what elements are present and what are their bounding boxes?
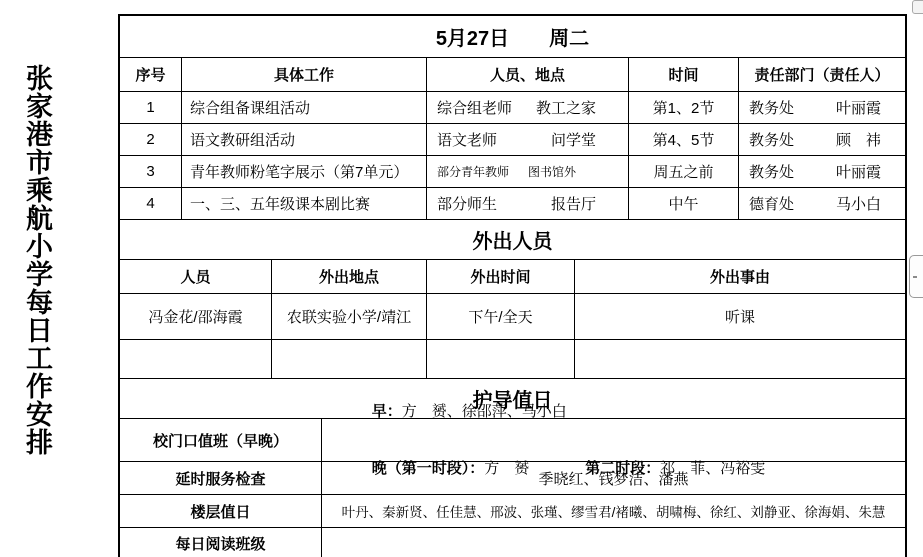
col-header-time: 时间 [629,58,739,91]
row-dept-person: 教务处 叶丽霞 [739,156,905,187]
row-people-place: 语文老师 问学堂 [427,124,629,155]
table-row: 4 一、三、五年级课本剧比赛 部分师生 报告厅 中午 德育处 马小白 [120,188,905,220]
floor-duty-names: 叶丹、秦新贤、任佳慧、邢波、张瑾、缪雪君/褚曦、胡啸梅、徐红、刘静亚、徐海娟、朱… [322,495,905,527]
vertical-page-title: 张家港市乘航小学每日工作安排 [18,64,57,459]
row-time: 周五之前 [629,156,739,187]
col-header-no: 序号 [120,58,182,91]
row-who: 综合组老师 [437,97,512,118]
row-person: 叶丽霞 [836,97,881,118]
row-no: 1 [120,92,182,123]
row-where: 问学堂 [551,129,596,150]
row-where: 图书馆外 [528,163,576,180]
row-people-place: 综合组老师 教工之家 [427,92,629,123]
col-header-people-place: 人员、地点 [427,58,629,91]
row-people-place: 部分青年教师 图书馆外 [427,156,629,187]
outing-place [272,340,427,378]
daily-schedule-sheet: 5月27日 周二 序号 具体工作 人员、地点 时间 责任部门（责任人） 1 综合… [118,14,907,557]
gate-duty-label: 校门口值班（早晚） [120,419,322,461]
delay-check-row: 延时服务检查 季晓红、钱梦洁、潘燕 [120,462,905,495]
outing-who: 冯金花/邵海霞 [120,294,272,339]
daily-reading-label: 每日阅读班级 [120,528,322,557]
col-header-task: 具体工作 [182,58,427,91]
outing-time [427,340,575,378]
gate-duty-row: 校门口值班（早晚） 早：方 赟、徐邵萍、马小白 晚（第一时段）：方 赟第二时段：… [120,419,905,462]
table-row: 冯金花/邵海霞 农联实验小学/靖江 下午/全天 听课 [120,294,905,340]
row-time: 第1、2节 [629,92,739,123]
row-dept-person: 教务处 顾 祎 [739,124,905,155]
outing-table-header: 人员 外出地点 外出时间 外出事由 [120,260,905,294]
delay-check-label: 延时服务检查 [120,462,322,494]
row-no: 4 [120,188,182,219]
document-page: 张家港市乘航小学每日工作安排 5月27日 周二 序号 具体工作 人员、地点 时间… [0,0,923,557]
table-row: 1 综合组备课组活动 综合组老师 教工之家 第1、2节 教务处 叶丽霞 [120,92,905,124]
floor-duty-row: 楼层值日 叶丹、秦新贤、任佳慧、邢波、张瑾、缪雪君/褚曦、胡啸梅、徐红、刘静亚、… [120,495,905,528]
gate-morning-names: 方 赟、徐邵萍、马小白 [402,403,567,420]
col-header-dept-person: 责任部门（责任人） [739,58,905,91]
daily-reading-row: 每日阅读班级 [120,528,905,557]
gate-morning-line: 早：方 赟、徐邵萍、马小白 [330,383,905,440]
row-where: 教工之家 [536,97,596,118]
scrollbar-top-fragment[interactable] [912,0,923,14]
outing-who [120,340,272,378]
row-dept: 教务处 [749,97,794,118]
row-person: 叶丽霞 [836,161,881,182]
table-row [120,340,905,379]
row-where: 报告厅 [551,193,596,214]
delay-check-names: 季晓红、钱梦洁、潘燕 [322,462,905,494]
gate-morning-label: 早： [372,403,402,420]
row-dept-person: 德育处 马小白 [739,188,905,219]
table-row: 3 青年教师粉笔字展示（第7单元） 部分青年教师 图书馆外 周五之前 教务处 叶… [120,156,905,188]
row-person: 顾 祎 [836,129,881,150]
row-who: 语文老师 [437,129,497,150]
row-time: 第4、5节 [629,124,739,155]
row-task: 青年教师粉笔字展示（第7单元） [182,156,427,187]
floor-duty-label: 楼层值日 [120,495,322,527]
row-no: 2 [120,124,182,155]
outing-header-reason: 外出事由 [575,260,905,293]
row-task: 一、三、五年级课本剧比赛 [182,188,427,219]
row-dept: 教务处 [749,161,794,182]
side-panel-handle[interactable] [909,255,923,298]
row-dept-person: 教务处 叶丽霞 [739,92,905,123]
row-person: 马小白 [836,193,881,214]
outing-header-place: 外出地点 [272,260,427,293]
outing-section-title: 外出人员 [473,225,553,254]
outing-reason: 听课 [575,294,905,339]
row-dept: 教务处 [749,129,794,150]
outing-place: 农联实验小学/靖江 [272,294,427,339]
outing-section-title-row: 外出人员 [120,220,905,260]
outing-time: 下午/全天 [427,294,575,339]
table-row: 2 语文教研组活动 语文老师 问学堂 第4、5节 教务处 顾 祎 [120,124,905,156]
daily-reading-names [322,528,905,557]
outing-header-time: 外出时间 [427,260,575,293]
row-time: 中午 [629,188,739,219]
row-no: 3 [120,156,182,187]
row-task: 综合组备课组活动 [182,92,427,123]
outing-header-who: 人员 [120,260,272,293]
outing-reason [575,340,905,378]
date-header-row: 5月27日 周二 [120,16,905,58]
work-table-header: 序号 具体工作 人员、地点 时间 责任部门（责任人） [120,58,905,92]
row-who: 部分师生 [437,193,497,214]
row-dept: 德育处 [749,193,794,214]
row-task: 语文教研组活动 [182,124,427,155]
row-people-place: 部分师生 报告厅 [427,188,629,219]
handle-dash-icon [913,276,917,278]
row-who: 部分青年教师 [437,163,509,180]
date-header: 5月27日 周二 [436,22,589,51]
